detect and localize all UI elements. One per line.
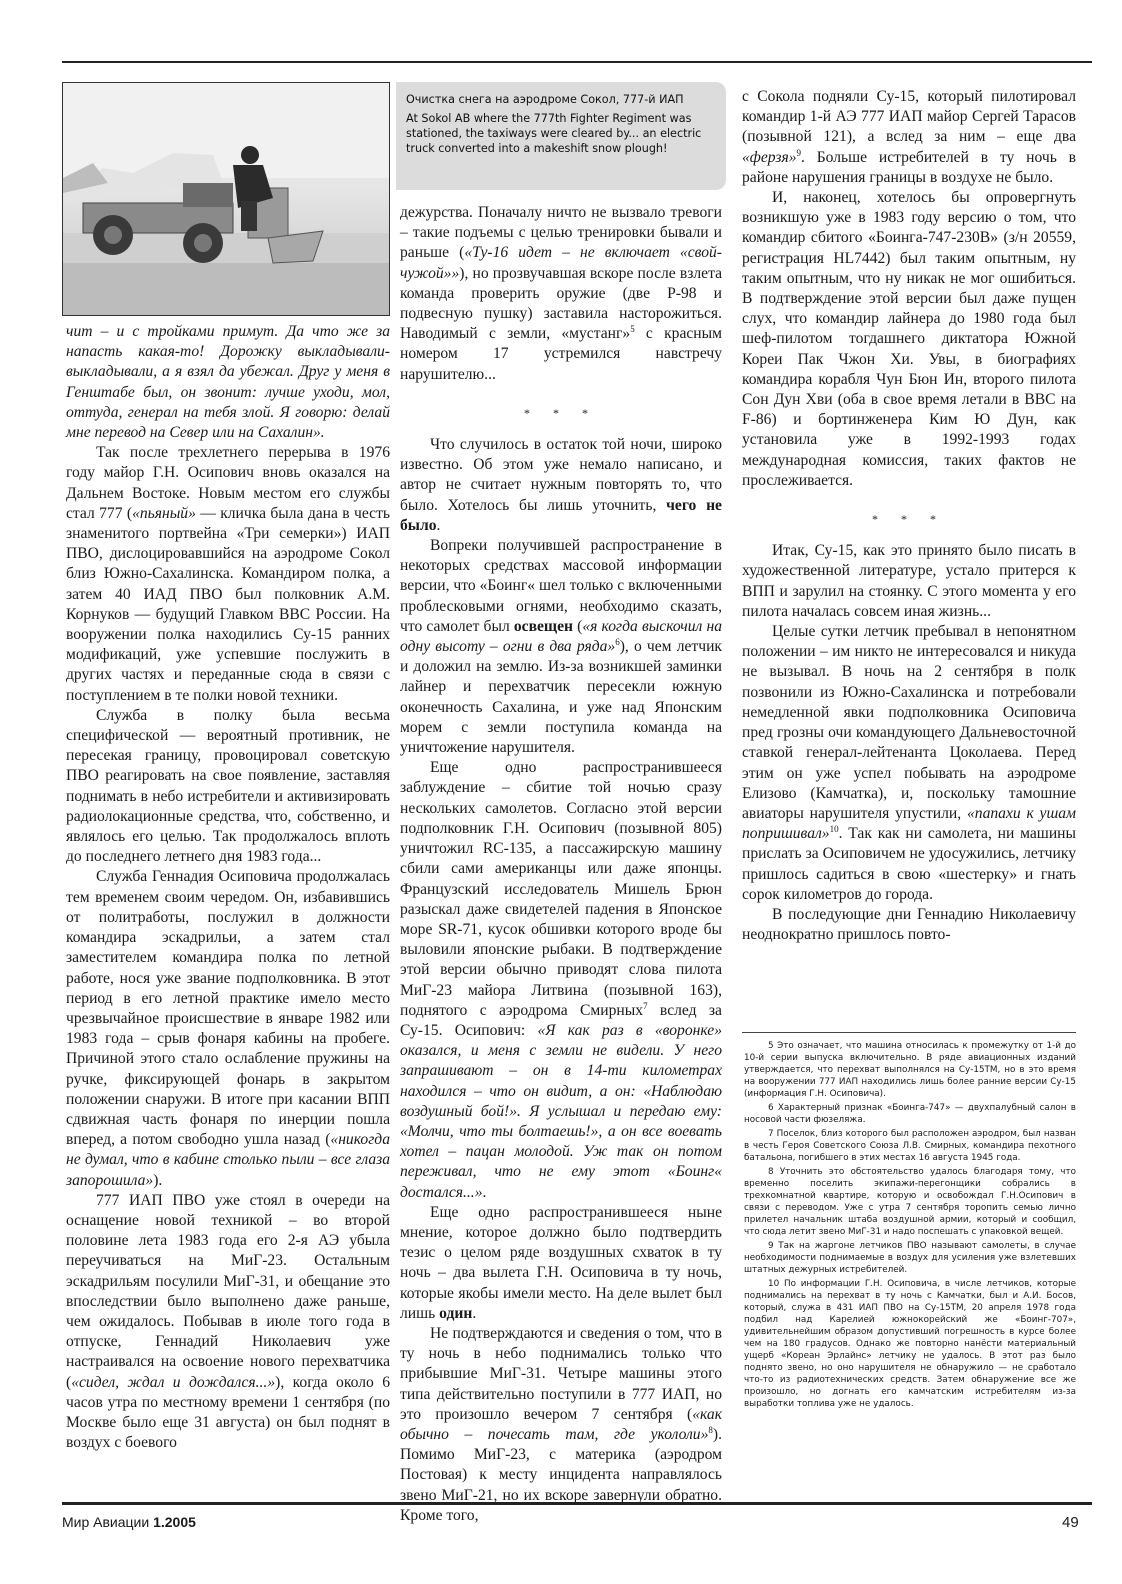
paragraph: Что случилось в остаток той ночи, широко… bbox=[400, 435, 722, 536]
quote-text: «сидел, ждал и дождался...» bbox=[71, 1374, 275, 1391]
section-break-stars: * * * bbox=[400, 403, 722, 423]
snow-plough-truck-image bbox=[63, 83, 389, 315]
paragraph: Целые сутки летчик пребывал в непонятном… bbox=[742, 622, 1076, 905]
footnote-6: 6 Характерный признак «Боинга-747» — дву… bbox=[744, 1102, 1076, 1126]
column-2: дежурства. Поначалу ничто не вызвало тре… bbox=[400, 203, 722, 1526]
text: Целые сутки летчик пребывал в непонятном… bbox=[742, 623, 1076, 822]
text: ), о чем летчик и доложил на землю. Из-з… bbox=[400, 638, 722, 756]
snow-plough-photo bbox=[62, 82, 390, 316]
paragraph: Так после трехлетнего перерыва в 1976 го… bbox=[66, 443, 390, 706]
paragraph: Служба Геннадия Осиповича продолжалась т… bbox=[66, 867, 390, 1190]
footnotes: 5 Это означает, что машина относилась к … bbox=[744, 1040, 1076, 1412]
text: . bbox=[483, 1184, 487, 1201]
bold-text: один bbox=[439, 1305, 472, 1322]
text: ( bbox=[573, 618, 582, 635]
footnote-7: 7 Поселок, близ которого был расположен … bbox=[744, 1128, 1076, 1164]
footnote-rule bbox=[742, 1032, 1076, 1033]
paragraph: чит – и с тройками примут. Да что же за … bbox=[66, 322, 390, 443]
paragraph: дежурства. Поначалу ничто не вызвало тре… bbox=[400, 203, 722, 385]
text: Еще одно распространившееся заблуждение … bbox=[400, 759, 722, 1018]
quote-text: «Я как раз в «воронке» оказался, и меня … bbox=[400, 1022, 722, 1201]
text: ). bbox=[153, 1172, 162, 1189]
quote-text: «ферзя» bbox=[742, 149, 797, 166]
top-rule bbox=[62, 61, 1092, 63]
text: 777 ИАП ПВО уже стоял в очереди на оснащ… bbox=[66, 1192, 390, 1391]
photo-caption: Очистка снега на аэродроме Сокол, 777-й … bbox=[396, 82, 726, 190]
text: с Сокола подняли Су-15, который пилотиро… bbox=[742, 88, 1076, 145]
paragraph: Вопреки получившей распространение в нек… bbox=[400, 536, 722, 758]
footnote-8: 8 Уточнить это обстоятельство удалось бл… bbox=[744, 1166, 1076, 1238]
magazine-footer: Мир Авиации 1.2005 bbox=[62, 1514, 196, 1530]
quote-text: «пьяный» bbox=[132, 505, 196, 522]
footnote-10: 10 По информации Г.Н. Осиповича, в числе… bbox=[744, 1278, 1076, 1410]
text: . bbox=[437, 517, 441, 534]
text: . bbox=[472, 1305, 476, 1322]
text: Не подтверждаются и сведения о том, что … bbox=[400, 1325, 722, 1423]
text: — кличка была дана в честь знаменитого п… bbox=[66, 505, 390, 704]
paragraph: Еще одно распространившееся ныне мнение,… bbox=[400, 1203, 722, 1324]
paragraph: И, наконец, хотелось бы опровергнуть воз… bbox=[742, 188, 1076, 491]
caption-english: At Sokol AB where the 777th Fighter Regi… bbox=[406, 111, 718, 156]
paragraph: Итак, Су-15, как это принято было писать… bbox=[742, 541, 1076, 622]
column-1: чит – и с тройками примут. Да что же за … bbox=[66, 322, 390, 1453]
column-3: с Сокола подняли Су-15, который пилотиро… bbox=[742, 87, 1076, 945]
section-break-stars: * * * bbox=[742, 509, 1076, 529]
page-number: 49 bbox=[1062, 1514, 1079, 1531]
footnote-9: 9 Так на жаргоне летчиков ПВО называют с… bbox=[744, 1240, 1076, 1276]
paragraph: В последующие дни Геннадию Николаевичу н… bbox=[742, 905, 1076, 945]
caption-russian: Очистка снега на аэродроме Сокол, 777-й … bbox=[406, 92, 718, 107]
bottom-rule bbox=[62, 1502, 1092, 1505]
bold-text: освещен bbox=[514, 618, 573, 635]
paragraph: 777 ИАП ПВО уже стоял в очереди на оснащ… bbox=[66, 1191, 390, 1454]
paragraph: Служба в полку была весьма специфической… bbox=[66, 706, 390, 868]
text: Служба Геннадия Осиповича продолжалась т… bbox=[66, 868, 390, 1148]
magazine-title: Мир Авиации bbox=[62, 1514, 149, 1530]
footnote-5: 5 Это означает, что машина относилась к … bbox=[744, 1040, 1076, 1100]
issue-number: 1.2005 bbox=[153, 1514, 196, 1530]
paragraph: Не подтверждаются и сведения о том, что … bbox=[400, 1324, 722, 1526]
footnote-ref[interactable]: 10 bbox=[830, 824, 839, 834]
quote-text: чит – и с тройками примут. Да что же за … bbox=[66, 323, 390, 441]
paragraph: с Сокола подняли Су-15, который пилотиро… bbox=[742, 87, 1076, 188]
paragraph: Еще одно распространившееся заблуждение … bbox=[400, 758, 722, 1202]
